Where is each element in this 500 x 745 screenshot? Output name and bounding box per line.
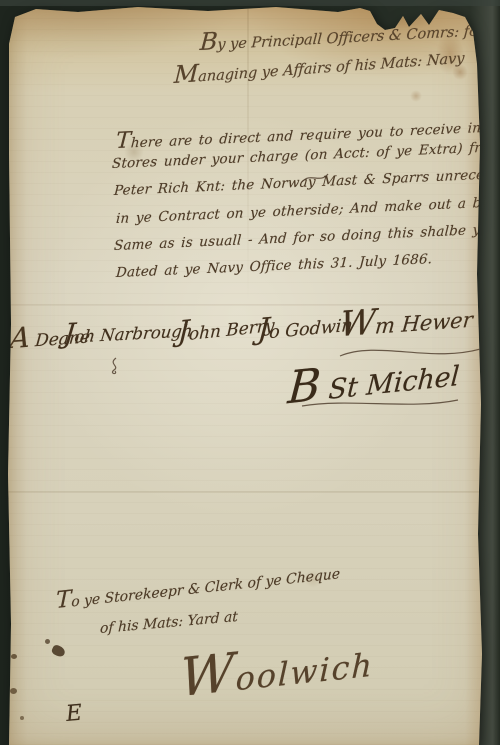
body-line: in ye Contract on ye otherside; And make… bbox=[116, 192, 500, 227]
ink-blot bbox=[10, 688, 17, 694]
ink-blot bbox=[45, 639, 50, 644]
manuscript-page: By ye Principall Officers & Comrs: for M… bbox=[8, 4, 489, 745]
ink-blot bbox=[11, 654, 17, 659]
signature-b-st-michel: B St Michel bbox=[286, 344, 461, 415]
ink-blot bbox=[50, 644, 66, 659]
signature-joh-narbrough: Joh Narbrough bbox=[62, 312, 194, 350]
body-line: Peter Rich Knt: the Norway Mast & Sparrs… bbox=[114, 166, 500, 200]
body-line: Dated at ye Navy Office this 31. July 16… bbox=[116, 251, 433, 281]
foxing-stain bbox=[410, 90, 422, 102]
address-line-1: To ye Storekeepr & Clerk of ye Cheque bbox=[56, 558, 341, 614]
fold-crease-horizontal bbox=[8, 491, 489, 493]
address-place-woolwich: Woolwich bbox=[179, 627, 375, 709]
docket-initial-mark: E bbox=[65, 701, 83, 727]
address-line-2: of his Mats: Yard at bbox=[100, 609, 238, 637]
signature-wm-hewer: Wm Hewer bbox=[338, 296, 475, 346]
signature-paraph bbox=[106, 356, 122, 378]
ink-blot bbox=[20, 716, 24, 720]
paper-shadow-wrap: By ye Principall Officers & Comrs: for M… bbox=[0, 0, 500, 745]
scanned-document-photo: By ye Principall Officers & Comrs: for M… bbox=[0, 0, 500, 745]
